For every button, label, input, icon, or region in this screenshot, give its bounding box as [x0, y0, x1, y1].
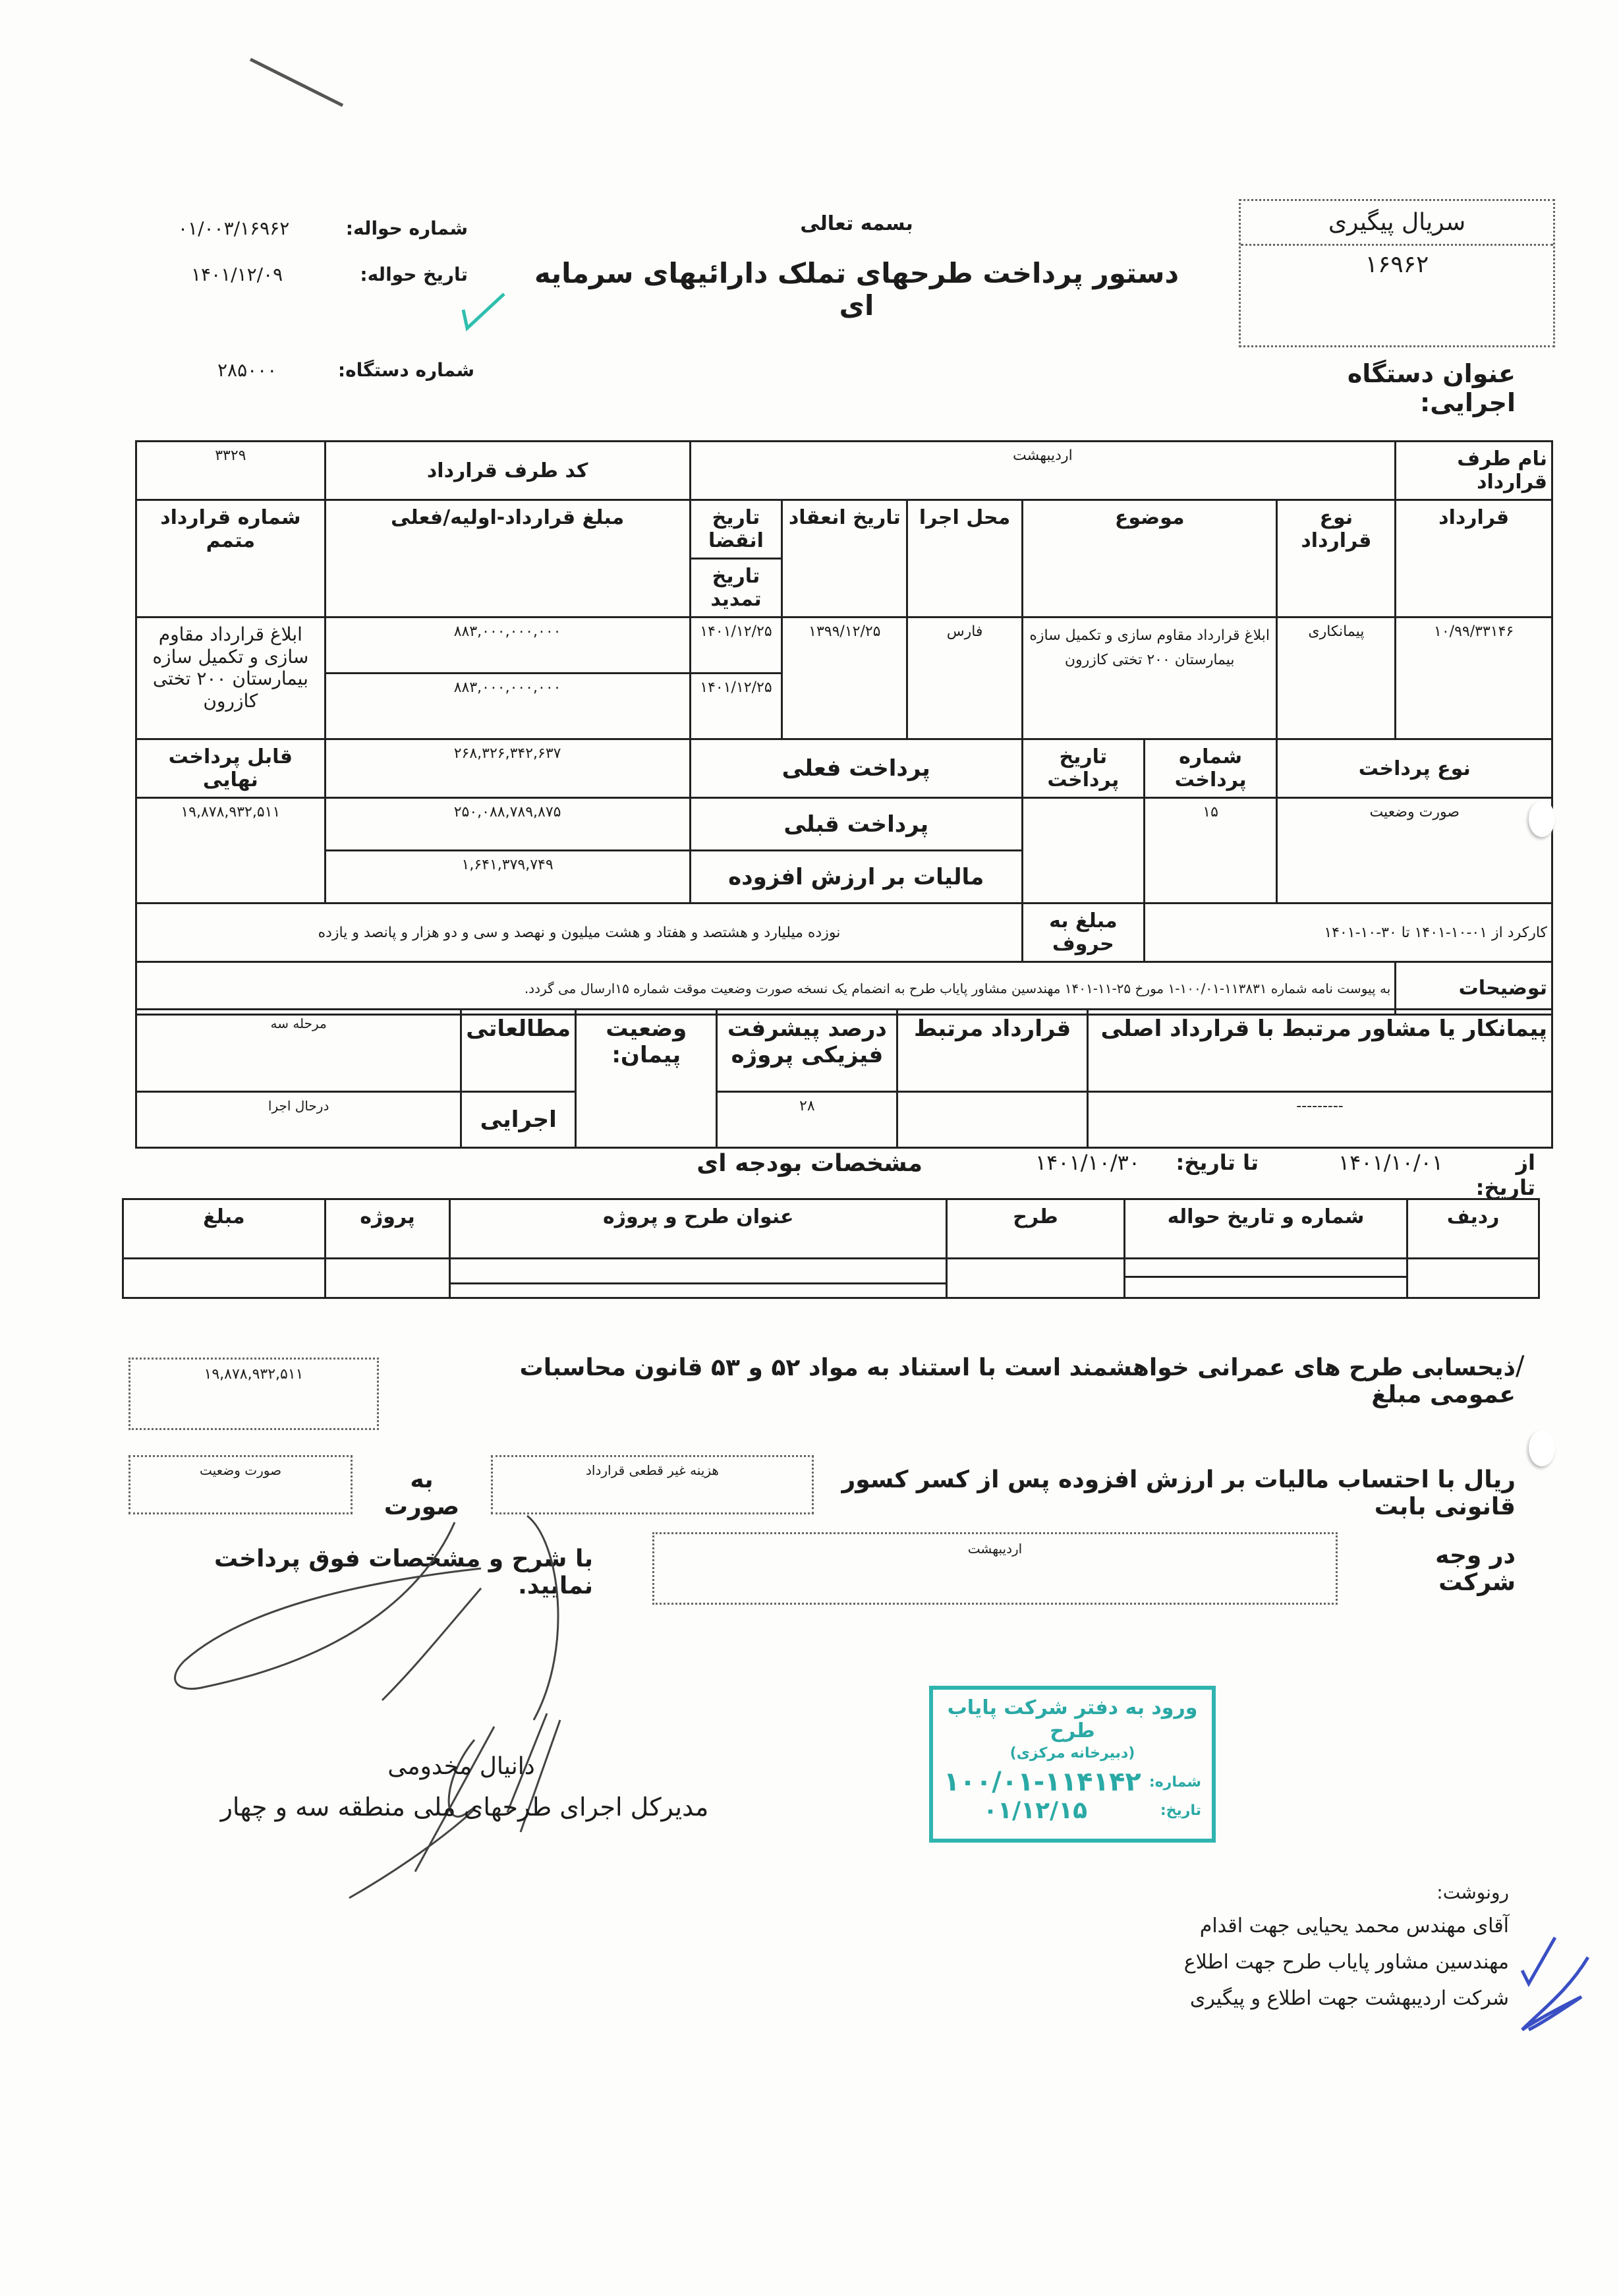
org-no-label: شماره دستگاه:: [336, 359, 474, 381]
instruction-line2: ریال با احتساب مالیات بر ارزش افزوده پس …: [810, 1466, 1516, 1520]
margin-tick: /: [1516, 1351, 1524, 1381]
payment-date-value: [1022, 798, 1144, 904]
empty-cell: [782, 559, 907, 617]
final-payable-label: قابل پرداخت نهایی: [136, 739, 326, 798]
party-name-label: نام طرف قرارداد: [1396, 442, 1552, 500]
col-amount: مبلغ قرارداد-اولیه/فعلی: [325, 500, 690, 617]
col-expiry-date: تاریخ انقضا: [690, 500, 782, 559]
budget-cell: [325, 1259, 450, 1298]
tracking-serial-box: سریال پیگیری ۱۶۹۶۲: [1239, 199, 1555, 347]
remittance-date-value: ۱۴۰۱/۱۲/۰۹: [191, 264, 323, 285]
checkmark-icon: [458, 290, 511, 336]
company-label: در وجه شرکت: [1351, 1542, 1516, 1596]
signature-scribble: [165, 1503, 626, 1911]
signer-name: دانیال مخدومی: [329, 1753, 593, 1780]
progress-label: درصد پیشرفت فیزیکی پروژه: [717, 1010, 897, 1092]
budget-col-row: ردیف: [1407, 1199, 1539, 1259]
budget-cell: [450, 1259, 947, 1298]
stamp-date-label: تاریخ:: [1160, 1802, 1201, 1819]
related-contract-value: [897, 1092, 1088, 1148]
col-conclusion-date: تاریخ انعقاد: [782, 500, 907, 559]
payment-number-label: شماره پرداخت: [1144, 739, 1277, 798]
execution-value: درحال اجرا: [136, 1092, 461, 1148]
contract-subject: ابلاغ قرارداد مقاوم سازی و تکمیل سازه بی…: [1022, 617, 1277, 739]
received-stamp: ورود به دفتر شرکت پایاب طرح (دبیرخانه مر…: [929, 1686, 1216, 1843]
contract-table: نام طرف قرارداد اردیبهشت کد طرف قرارداد …: [135, 440, 1553, 1016]
cc-label: رونوشت:: [1318, 1881, 1509, 1903]
previous-payment-label: پرداخت قبلی: [690, 798, 1022, 851]
budget-cell: [947, 1259, 1125, 1298]
budget-to-value: ۱۴۰۱/۱۰/۳۰: [1002, 1150, 1140, 1175]
payment-date-label: تاریخ پرداخت: [1022, 739, 1144, 798]
budget-cell: [1124, 1259, 1407, 1298]
as-box-value: صورت وضعیت: [130, 1457, 351, 1478]
budget-to-label: تا تاریخ:: [1147, 1150, 1259, 1175]
work-period: کارکرد از ۰۱-۱۰-۱۴۰۱ تا ۳۰-۱۰-۱۴۰۱: [1144, 904, 1552, 962]
related-contract-label: قرارداد مرتبط: [897, 1010, 1088, 1092]
previous-payment-value: ۲۵۰,۰۸۸,۷۸۹,۸۷۵: [325, 798, 690, 851]
budget-col-remittance: شماره و تاریخ حواله: [1124, 1199, 1407, 1259]
contract-no: ۱۰/۹۹/۳۳۱۴۶: [1396, 617, 1552, 739]
amount-box: ۱۹,۸۷۸,۹۳۲,۵۱۱: [128, 1358, 379, 1430]
budget-col-amount: مبلغ: [123, 1199, 326, 1259]
amount-current: ۸۸۳,۰۰۰,۰۰۰,۰۰۰: [325, 674, 690, 739]
col-contract: قرارداد: [1396, 500, 1552, 617]
party-code-value: ۳۳۲۹: [136, 442, 326, 500]
payment-type-label: نوع پرداخت: [1277, 739, 1552, 798]
related-contractor-label: پیمانکار یا مشاور مرتبط با قرارداد اصلی: [1087, 1010, 1552, 1092]
contract-location: فارس: [907, 617, 1023, 739]
punch-hole: [1529, 1430, 1555, 1466]
contract-type: پیمانکاری: [1277, 617, 1396, 739]
org-no-value: ۲۸۵۰۰۰: [217, 359, 329, 381]
tracking-serial-value: ۱۶۹۶۲: [1241, 246, 1553, 278]
amount-in-words-value: نوزده میلیارد و هشتصد و هفتاد و هشت میلی…: [136, 904, 1023, 962]
notes-value: به پیوست نامه شماره ۱۱۳۸۳۱-۱۰۰/۰۱-۱ مورخ…: [136, 962, 1396, 1015]
col-supplement-no: شماره قرارداد متمم: [136, 500, 326, 617]
budget-col-project: پروژه: [325, 1199, 450, 1259]
col-location: محل اجرا: [907, 500, 1023, 617]
budget-title: مشخصات بودجه ای: [659, 1150, 923, 1177]
col-subject: موضوع: [1022, 500, 1277, 617]
tracking-serial-label: سریال پیگیری: [1241, 201, 1553, 246]
progress-value: ۲۸: [717, 1092, 897, 1148]
budget-from-value: ۱۴۰۱/۱۰/۰۱: [1305, 1150, 1443, 1175]
company-box: اردیبهشت: [652, 1532, 1338, 1605]
party-name-value: اردیبهشت: [690, 442, 1396, 500]
payment-number-value: ۱۵: [1144, 798, 1277, 904]
conclusion-date: ۱۳۹۹/۱۲/۲۵: [782, 617, 907, 739]
study-label: مطالعاتی: [461, 1010, 576, 1092]
cc-item: آقای مهندس محمد یحیایی جهت اقدام: [1120, 1914, 1509, 1937]
vat-value: ۱,۶۴۱,۳۷۹,۷۴۹: [325, 851, 690, 904]
page-title: دستور پرداخت طرحهای تملک دارائیهای سرمای…: [527, 257, 1186, 322]
notes-label: توضیحات: [1396, 962, 1552, 1015]
current-payment-label: پرداخت فعلی: [690, 739, 1022, 798]
contract-status-label: وضعیت پیمان:: [576, 1010, 717, 1148]
punch-hole: [1529, 801, 1555, 837]
party-code-label: کد طرف قرارداد: [325, 442, 690, 500]
execution-label: اجرایی: [461, 1092, 576, 1148]
extension-date: ۱۴۰۱/۱۲/۲۵: [690, 674, 782, 739]
pen-stroke-mark: [244, 53, 349, 112]
amount-initial: ۸۸۳,۰۰۰,۰۰۰,۰۰۰: [325, 617, 690, 674]
supplement-no: ابلاغ قرارداد مقاوم سازی و تکمیل سازه بی…: [136, 617, 326, 739]
stamp-number-value: ۱۰۰/۰۱-۱۱۴۱۴۲: [944, 1767, 1141, 1797]
stamp-line1: ورود به دفتر شرکت پایاب طرح: [944, 1696, 1201, 1742]
study-value: مرحله سه: [136, 1010, 461, 1092]
instruction-line1: ذیحسابی طرح های عمرانی خواهشمند است با ا…: [514, 1354, 1516, 1408]
budget-cell: [1407, 1259, 1539, 1298]
cc-item: مهندسین مشاور پایاب طرح جهت اطلاع: [1120, 1951, 1509, 1974]
final-payable-value: ۱۹,۸۷۸,۹۳۲,۵۱۱: [136, 798, 326, 904]
blue-checkmark-icon: [1516, 1931, 1595, 2036]
signer-title: مدیرکل اجرای طرحهای ملی منطقه سه و چهار: [185, 1793, 745, 1822]
expiry-date: ۱۴۰۱/۱۲/۲۵: [690, 617, 782, 674]
budget-from-label: از تاریخ:: [1450, 1150, 1535, 1200]
budget-col-title: عنوان طرح و پروژه: [450, 1199, 947, 1259]
budget-col-plan: طرح: [947, 1199, 1125, 1259]
col-extension-date: تاریخ تمدید: [690, 559, 782, 617]
bismillah: بسمه تعالی: [758, 212, 955, 235]
col-contract-type: نوع قرارداد: [1277, 500, 1396, 617]
budget-cell: [123, 1259, 326, 1298]
stamp-date-value: ۰۱/۱۲/۱۵: [983, 1797, 1087, 1824]
remittance-no-value: ۰۱/۰۰۳/۱۶۹۶۲: [178, 217, 323, 239]
amount-box-value: ۱۹,۸۷۸,۹۳۲,۵۱۱: [130, 1360, 377, 1383]
stamp-line2: (دبیرخانه مرکزی): [944, 1745, 1201, 1762]
payment-type-value: صورت وضعیت: [1277, 798, 1552, 904]
related-contractor-value: ---------: [1087, 1092, 1552, 1148]
status-table: پیمانکار یا مشاور مرتبط با قرارداد اصلی …: [135, 1008, 1553, 1149]
reason-box-value: هزینه غیر قطعی قرارداد: [493, 1457, 812, 1478]
remittance-date-label: تاریخ حواله:: [336, 264, 468, 285]
current-payment-value: ۲۶۸,۳۲۶,۳۴۲,۶۳۷: [325, 739, 690, 798]
budget-table: ردیف شماره و تاریخ حواله طرح عنوان طرح و…: [122, 1198, 1540, 1299]
executive-org-label: عنوان دستگاه اجرایی:: [1252, 359, 1516, 417]
stamp-number-label: شماره:: [1149, 1774, 1201, 1791]
vat-label: مالیات بر ارزش افزوده: [690, 851, 1022, 904]
cc-item: شرکت اردیبهشت جهت اطلاع و پیگیری: [1120, 1987, 1509, 2010]
remittance-no-label: شماره حواله:: [336, 217, 468, 239]
company-box-value: اردیبهشت: [654, 1534, 1336, 1557]
amount-in-words-label: مبلغ به حروف: [1022, 904, 1144, 962]
